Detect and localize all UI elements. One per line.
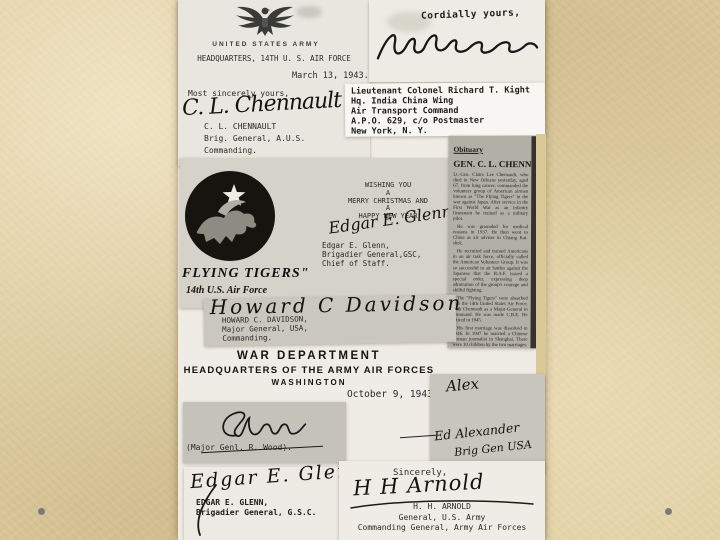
signer-title2: Commanding. (222, 333, 308, 344)
signer-title: Brigadier General, G.S.C. (196, 508, 316, 517)
signer-title2: Commanding. (204, 146, 257, 155)
kight-address-block: Lieutenant Colonel Richard T. Kight Hq. … (345, 82, 545, 136)
obituary-label: Obituary (453, 145, 483, 154)
davidson-card: Howard C Davidson HOWARD C. DAVIDSON, Ma… (204, 295, 457, 346)
slide-dot-right (665, 508, 672, 515)
wood-signature-scrawl (203, 405, 318, 445)
obituary-headline: GEN. C. L. CHENNAULT (453, 159, 527, 169)
letterhead-headquarters: HEADQUARTERS, 14TH U. S. AIR FORCE (178, 54, 370, 63)
war-dept-line3: WASHINGTON (178, 378, 440, 387)
signer-title: Brigadier General,GSC, (322, 250, 421, 259)
paper-smudge (296, 6, 322, 18)
letter-date: March 13, 1943. (292, 71, 369, 81)
arnold-card: Sincerely, H H Arnold H. H. ARNOLD Gener… (339, 461, 545, 540)
kight-note: Cordially yours, (369, 0, 545, 82)
signer-title: Brig. General, A.U.S. (204, 134, 305, 143)
us-army-eagle-icon (233, 3, 297, 41)
note-closing: Cordially yours, (421, 7, 521, 21)
war-dept-line2: HEADQUARTERS OF THE ARMY AIR FORCES (178, 365, 440, 376)
chennault-letter: UNITED STATES ARMY HEADQUARTERS, 14TH U.… (178, 0, 370, 166)
slide-dot-left (38, 508, 45, 515)
flying-tigers-title: FLYING TIGERS" (182, 266, 309, 282)
signer-name: Edgar E. Glenn, (322, 241, 421, 250)
war-dept-line1: WAR DEPARTMENT (178, 350, 440, 362)
signer-name: C. L. CHENNAULT (204, 122, 276, 131)
signer-title2: Commanding General, Army Air Forces (339, 523, 545, 534)
scrapbook-page: UNITED STATES ARMY HEADQUARTERS, 14TH U.… (0, 0, 720, 540)
obituary-paragraph: His first marriage was dissolved in 1946… (452, 325, 527, 347)
signer-name: EDGAR E. GLENN, (196, 498, 268, 507)
signer-title2: Chief of Staff. (322, 259, 421, 268)
obituary-clipping: Obituary GEN. C. L. CHENNAULT Lt.-Gen. C… (447, 136, 537, 348)
arnold-typed-block: H. H. ARNOLD General, U.S. Army Commandi… (339, 502, 545, 534)
wood-card: (Major Genl. R. Wood). (183, 402, 346, 463)
war-dept-date: October 9, 1943 (347, 389, 433, 400)
arnold-signature: H H Arnold (352, 470, 485, 501)
kight-signature-scrawl (373, 22, 541, 70)
war-department-letterhead: WAR DEPARTMENT HEADQUARTERS OF THE ARMY … (178, 350, 440, 387)
letterhead-org: UNITED STATES ARMY (178, 41, 354, 48)
background-gap (536, 134, 546, 376)
glenn-card: Edgar E. Glenn EDGAR E. GLENN, Brigadier… (184, 467, 356, 540)
obituary-paragraph: Lt.-Gen. Claire Lee Chennault, who died … (453, 172, 528, 222)
flying-tigers-card: FLYING TIGERS" 14th U.S. Air Force WISHI… (180, 158, 448, 308)
obituary-paragraph: He recruited and trained Americans in an… (453, 248, 528, 293)
alex-handwriting: Alex (445, 375, 479, 396)
glenn-typed-block: Edgar E. Glenn, Brigadier General,GSC, C… (322, 241, 421, 269)
signer-name: H. H. ARNOLD (339, 502, 545, 513)
flying-tigers-emblem-icon (184, 170, 276, 262)
signer-title: General, U.S. Army (339, 513, 545, 524)
alexander-card: Alex Ed Alexander Brig Gen USA (430, 374, 545, 474)
obituary-paragraph: He was grounded for medical reasons in 1… (453, 224, 528, 246)
obituary-paragraph: The "Flying Tigers" were absorbed into t… (453, 295, 528, 323)
davidson-typed-block: HOWARD C. DAVIDSON, Major General, USA, … (222, 314, 308, 343)
alexander-rank: Brig Gen USA (454, 438, 533, 459)
obituary-body: Lt.-Gen. Claire Lee Chennault, who died … (452, 172, 528, 348)
